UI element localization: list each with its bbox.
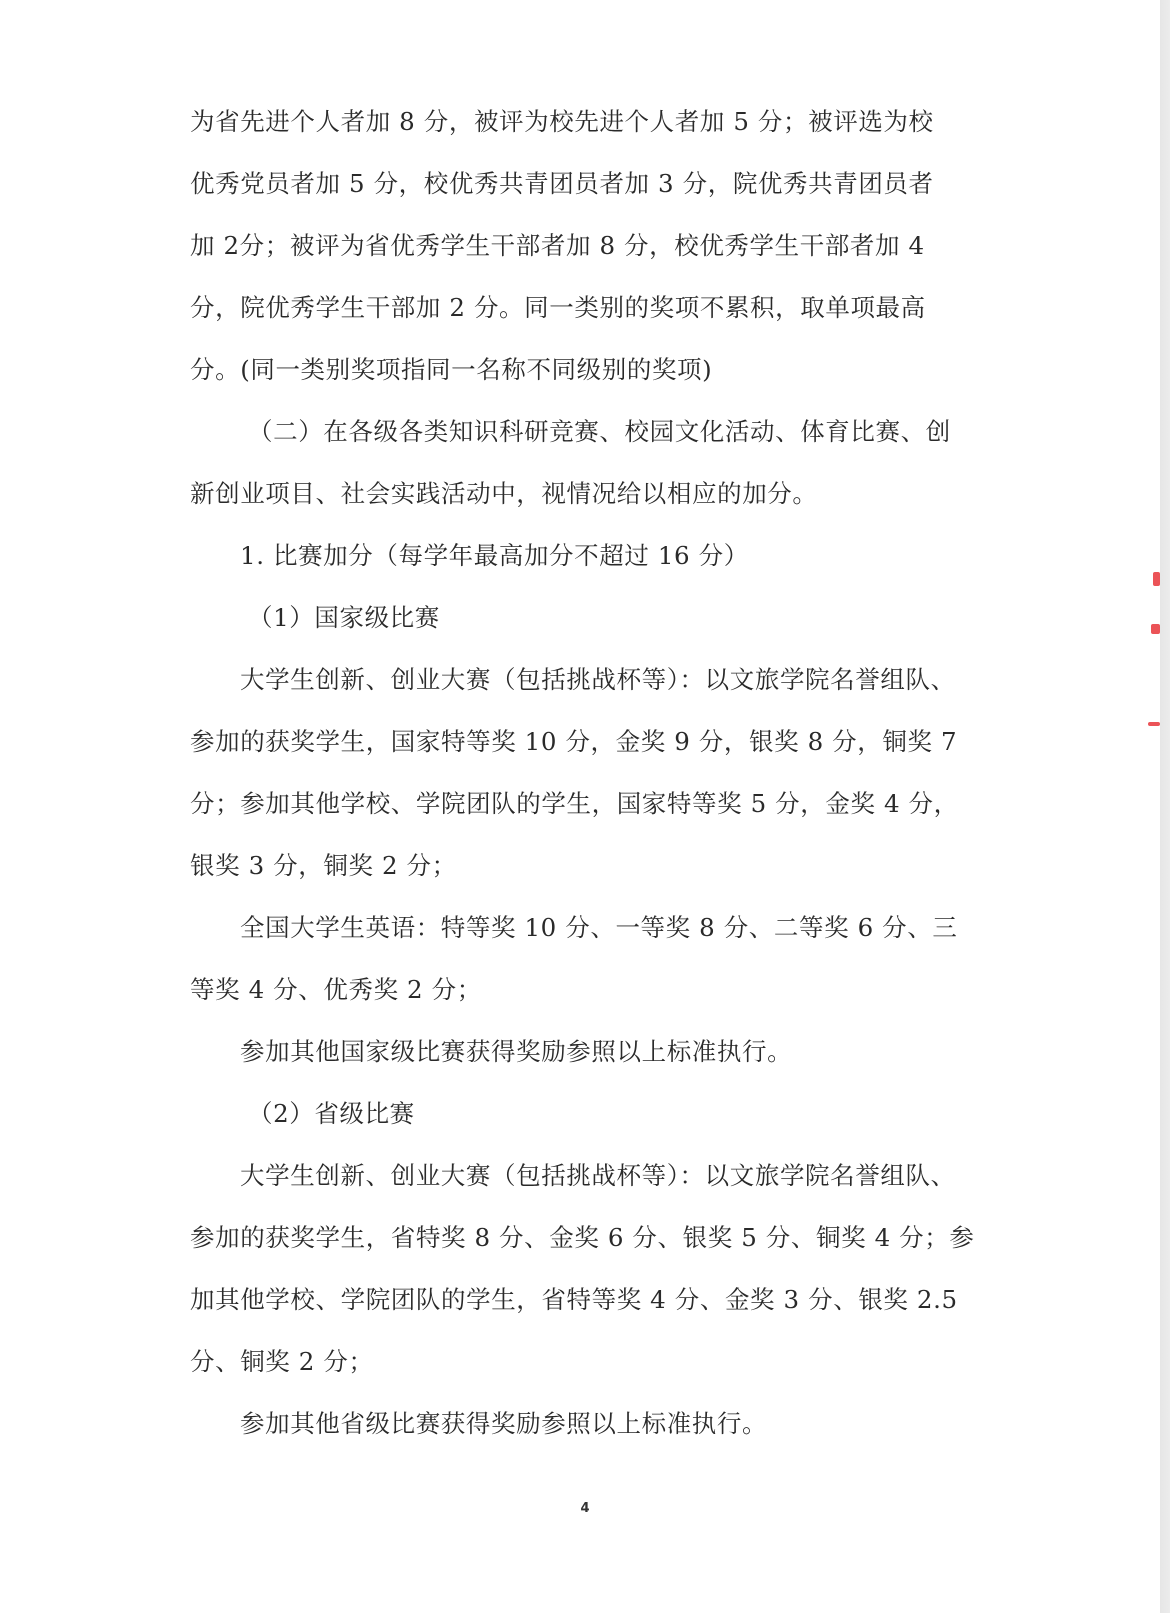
subsection-heading-provincial: （2）省级比赛 <box>248 1102 415 1127</box>
text-line-4: 分，院优秀学生干部加 2 分。同一类别的奖项不累积，取单项最高 <box>190 296 926 321</box>
text-line-14: 全国大学生英语：特等奖 10 分、一等奖 8 分、二等奖 6 分、三 <box>240 916 957 941</box>
text-line-13: 银奖 3 分，铜奖 2 分； <box>190 854 457 879</box>
text-line-19: 参加的获奖学生，省特奖 8 分、金奖 6 分、银奖 5 分、铜奖 4 分；参 <box>190 1226 974 1251</box>
text-line-16: 参加其他国家级比赛获得奖励参照以上标准执行。 <box>240 1040 792 1065</box>
text-line-12: 分；参加其他学校、学院团队的学生，国家特等奖 5 分，金奖 4 分， <box>190 792 959 817</box>
section-heading-2: （二）在各级各类知识科研竞赛、校园文化活动、体育比赛、创 <box>248 420 951 445</box>
text-line-15: 等奖 4 分、优秀奖 2 分； <box>190 978 482 1003</box>
subsection-heading-competition: 1. 比赛加分（每学年最高加分不超过 16 分） <box>240 544 749 569</box>
subsection-heading-national: （1）国家级比赛 <box>248 606 440 631</box>
text-line-2: 优秀党员者加 5 分，校优秀共青团员者加 3 分，院优秀共青团员者 <box>190 172 934 197</box>
text-line-1: 为省先进个人者加 8 分，被评为校先进个人者加 5 分；被评选为校 <box>190 110 934 135</box>
text-line-22: 参加其他省级比赛获得奖励参照以上标准执行。 <box>240 1412 767 1437</box>
text-line-10: 大学生创新、创业大赛（包括挑战杯等）：以文旅学院名誉组队、 <box>240 668 956 693</box>
text-line-18: 大学生创新、创业大赛（包括挑战杯等）：以文旅学院名誉组队、 <box>240 1164 956 1189</box>
text-line-21: 分、铜奖 2 分； <box>190 1350 374 1375</box>
text-line-3: 加 2分；被评为省优秀学生干部者加 8 分，校优秀学生干部者加 4 <box>190 234 925 259</box>
red-stamp-fragment-icon <box>1151 624 1160 634</box>
text-line-7: 新创业项目、社会实践活动中，视情况给以相应的加分。 <box>190 482 818 507</box>
text-line-11: 参加的获奖学生，国家特等奖 10 分，金奖 9 分，银奖 8 分，铜奖 7 <box>190 730 957 755</box>
text-line-20: 加其他学校、学院团队的学生，省特等奖 4 分、金奖 3 分、银奖 2.5 <box>190 1288 958 1313</box>
red-stamp-fragment-icon <box>1148 722 1160 726</box>
viewer-edge-strip <box>1160 0 1170 1613</box>
document-page: 为省先进个人者加 8 分，被评为校先进个人者加 5 分；被评选为校 优秀党员者加… <box>0 0 1160 1613</box>
text-line-5: 分。(同一类别奖项指同一名称不同级别的奖项) <box>190 358 712 383</box>
red-stamp-fragment-icon <box>1153 572 1160 586</box>
page-number: 4 <box>0 1501 1170 1516</box>
